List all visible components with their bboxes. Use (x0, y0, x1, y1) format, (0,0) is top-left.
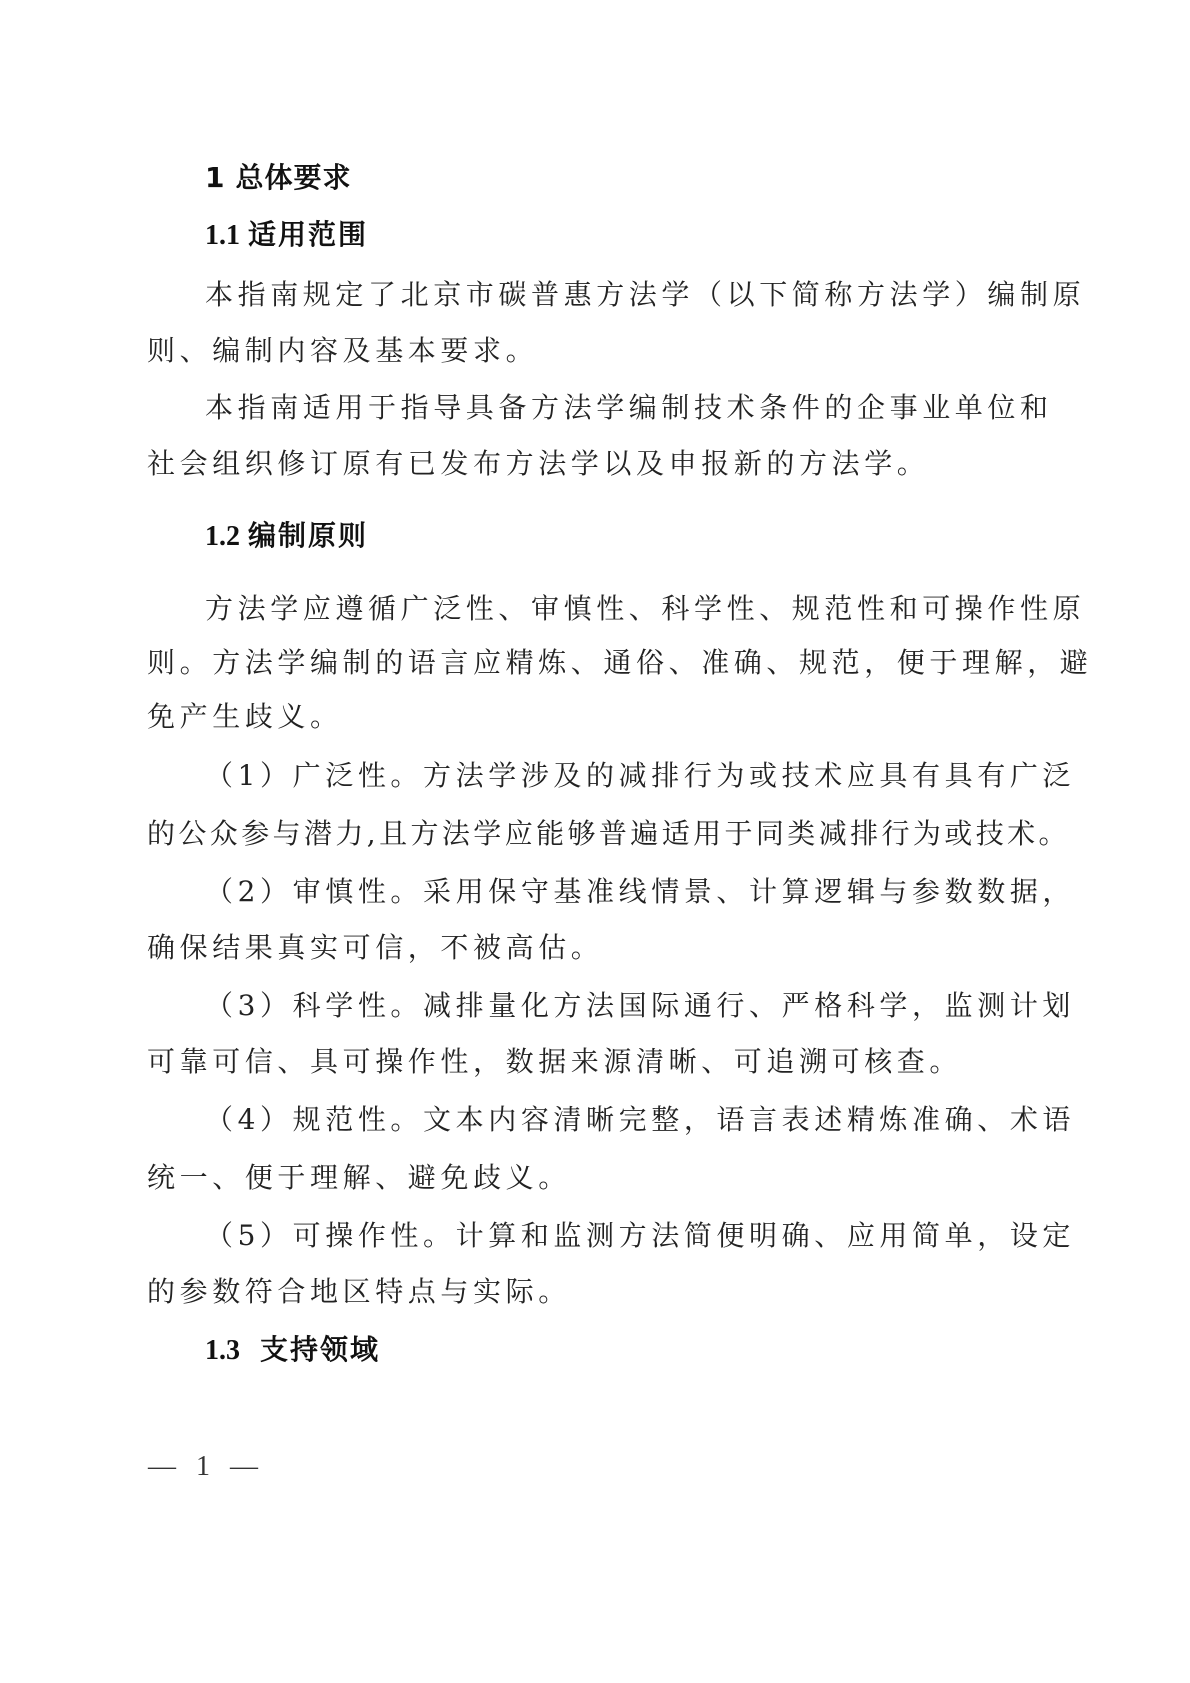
paragraph-line: 方法学应遵循广泛性、审慎性、科学性、规范性和可操作性原 (205, 592, 1085, 626)
paragraph-line: 本指南适用于指导具备方法学编制技术条件的企事业单位和 (205, 391, 1053, 425)
section-title: 支持领域 (260, 1335, 380, 1366)
principle-item-3: （3）科学性。减排量化方法国际通行、严格科学，监测计划 (205, 989, 1075, 1023)
section-number: 1.3 (205, 1335, 240, 1366)
section-title: 编制原则 (248, 521, 368, 552)
section-heading-1-3: 1.3支持领域 (205, 1334, 380, 1368)
paragraph-line: 确保结果真实可信，不被高估。 (147, 931, 603, 965)
section-title: 总体要求 (235, 161, 351, 194)
document-page: 1总体要求 1.1适用范围 本指南规定了北京市碳普惠方法学（以下简称方法学）编制… (0, 0, 1190, 1683)
footer-dash-left: — (148, 1452, 176, 1482)
footer-dash-right: — (230, 1452, 258, 1482)
page-footer: —1— (148, 1452, 258, 1482)
section-heading-1-1: 1.1适用范围 (205, 219, 368, 253)
paragraph-line: 社会组织修订原有已发布方法学以及申报新的方法学。 (147, 447, 929, 481)
section-number: 1 (205, 161, 225, 194)
section-heading-1: 1总体要求 (205, 161, 352, 195)
section-number: 1.1 (205, 220, 240, 251)
page-number: 1 (196, 1452, 210, 1482)
paragraph-line: 统一、便于理解、避免歧义。 (147, 1161, 571, 1195)
principle-item-5: （5）可操作性。计算和监测方法简便明确、应用简单，设定 (205, 1219, 1075, 1253)
section-title: 适用范围 (248, 220, 368, 251)
paragraph-line: 则。方法学编制的语言应精炼、通俗、准确、规范，便于理解，避 (147, 646, 1092, 680)
paragraph-line: 可靠可信、具可操作性，数据来源清晰、可追溯可核查。 (147, 1045, 962, 1079)
paragraph-line: 本指南规定了北京市碳普惠方法学（以下简称方法学）编制原 (205, 278, 1085, 312)
paragraph-line: 的公众参与潜力,且方法学应能够普遍适用于同类减排行为或技术。 (147, 817, 1070, 851)
section-heading-1-2: 1.2编制原则 (205, 520, 368, 554)
section-number: 1.2 (205, 521, 240, 552)
paragraph-line: 则、编制内容及基本要求。 (147, 334, 538, 368)
paragraph-line: 的参数符合地区特点与实际。 (147, 1275, 571, 1309)
principle-item-2: （2）审慎性。采用保守基准线情景、计算逻辑与参数数据， (205, 875, 1075, 909)
paragraph-line: 免产生歧义。 (147, 700, 343, 734)
principle-item-4: （4）规范性。文本内容清晰完整，语言表述精炼准确、术语 (205, 1103, 1075, 1137)
principle-item-1: （1）广泛性。方法学涉及的减排行为或技术应具有具有广泛 (205, 759, 1075, 793)
